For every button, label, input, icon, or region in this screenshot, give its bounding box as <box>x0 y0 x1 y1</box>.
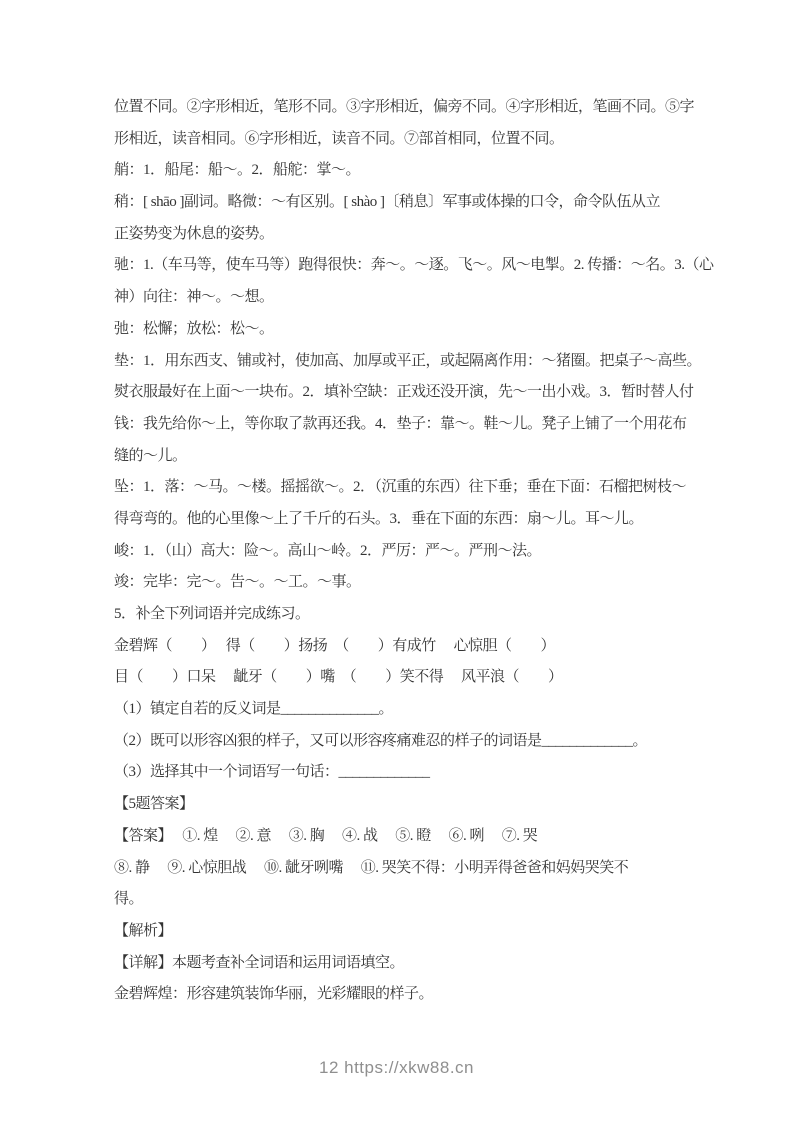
fill-blank-word-row: 金碧辉（ ） 得（ ）扬扬 （ ）有成竹 心惊胆（ ） <box>114 631 686 663</box>
document-page: 位置不同。②字形相近，笔形不同。③字形相近，偏旁不同。④字形相近，笔画不同。⑤字… <box>0 0 793 1122</box>
sub-question-line: （3）选择其中一个词语写一句话：_____________ <box>114 757 686 789</box>
analysis-line: 金碧辉煌：形容建筑装饰华丽，光彩耀眼的样子。 <box>114 979 686 1011</box>
answer-line: ⑧. 静 ⑨. 心惊胆战 ⑩. 龇牙咧嘴 ⑪. 哭笑不得：小明弄得爸爸和妈妈哭笑… <box>114 853 686 885</box>
dictionary-entry-line: 神）向往：神～。～想。 <box>114 282 686 314</box>
analysis-line: 【详解】本题考查补全词语和运用词语填空。 <box>114 948 686 980</box>
analysis-label: 【解析】 <box>114 916 686 948</box>
dictionary-entry-line: 峻：1．（山）高大：险～。高山～岭。2．严厉：严～。严刑～法。 <box>114 536 686 568</box>
dictionary-entry-line: 稍：[ shāo ]副词。略微：～有区别。[ shào ]〔稍息〕军事或体操的口… <box>114 187 686 219</box>
dictionary-entry-line: 钱：我先给你～上，等你取了款再还我。4．垫子：靠～。鞋～儿。凳子上铺了一个用花布 <box>114 409 686 441</box>
dictionary-entry-line: 驰：1.（车马等，使车马等）跑得很快：奔～。～逐。飞～。风～电掣。2. 传播：～… <box>114 250 686 282</box>
page-footer: 12 https://xkw88.cn <box>0 1058 793 1078</box>
answer-line: 得。 <box>114 884 686 916</box>
dictionary-entry-line: 得弯弯的。他的心里像～上了千斤的石头。3．垂在下面的东西：扇～儿。耳～儿。 <box>114 504 686 536</box>
dictionary-entry-line: 形相近，读音相同。⑥字形相近，读音不同。⑦部首相同，位置不同。 <box>114 124 686 156</box>
answer-line: 【答案】 ①. 煌 ②. 意 ③. 胸 ④. 战 ⑤. 瞪 ⑥. 咧 ⑦. 哭 <box>114 821 686 853</box>
dictionary-entry-line: 缝的～儿。 <box>114 441 686 473</box>
dictionary-entry-line: 竣：完毕：完～。告～。～工。～事。 <box>114 567 686 599</box>
dictionary-entry-line: 弛：松懈；放松：松～。 <box>114 314 686 346</box>
dictionary-entry-line: 坠：1．落：～马。～楼。摇摇欲～。2．（沉重的东西）往下垂；垂在下面：石榴把树枝… <box>114 472 686 504</box>
sub-question-line: （1）镇定自若的反义词是______________。 <box>114 694 686 726</box>
dictionary-entry-line: 位置不同。②字形相近，笔形不同。③字形相近，偏旁不同。④字形相近，笔画不同。⑤字 <box>114 92 686 124</box>
sub-question-line: （2）既可以形容凶狠的样子，又可以形容疼痛难忍的样子的词语是__________… <box>114 726 686 758</box>
answer-section-label: 【5题答案】 <box>114 789 686 821</box>
dictionary-entry-line: 艄：1．船尾：船～。2．船舵：掌～。 <box>114 155 686 187</box>
dictionary-entry-line: 正姿势变为休息的姿势。 <box>114 219 686 251</box>
dictionary-entry-line: 熨衣服最好在上面～一块布。2．填补空缺：正戏还没开演，先～一出小戏。3．暂时替人… <box>114 377 686 409</box>
dictionary-entry-line: 垫：1．用东西支、铺或衬，使加高、加厚或平正，或起隔离作用：～猪圈。把桌子～高些… <box>114 346 686 378</box>
fill-blank-word-row: 目（ ）口呆 龇牙（ ）嘴 （ ）笑不得 风平浪（ ） <box>114 662 686 694</box>
document-body: 位置不同。②字形相近，笔形不同。③字形相近，偏旁不同。④字形相近，笔画不同。⑤字… <box>114 92 686 1011</box>
question-5-heading: 5．补全下列词语并完成练习。 <box>114 599 686 631</box>
